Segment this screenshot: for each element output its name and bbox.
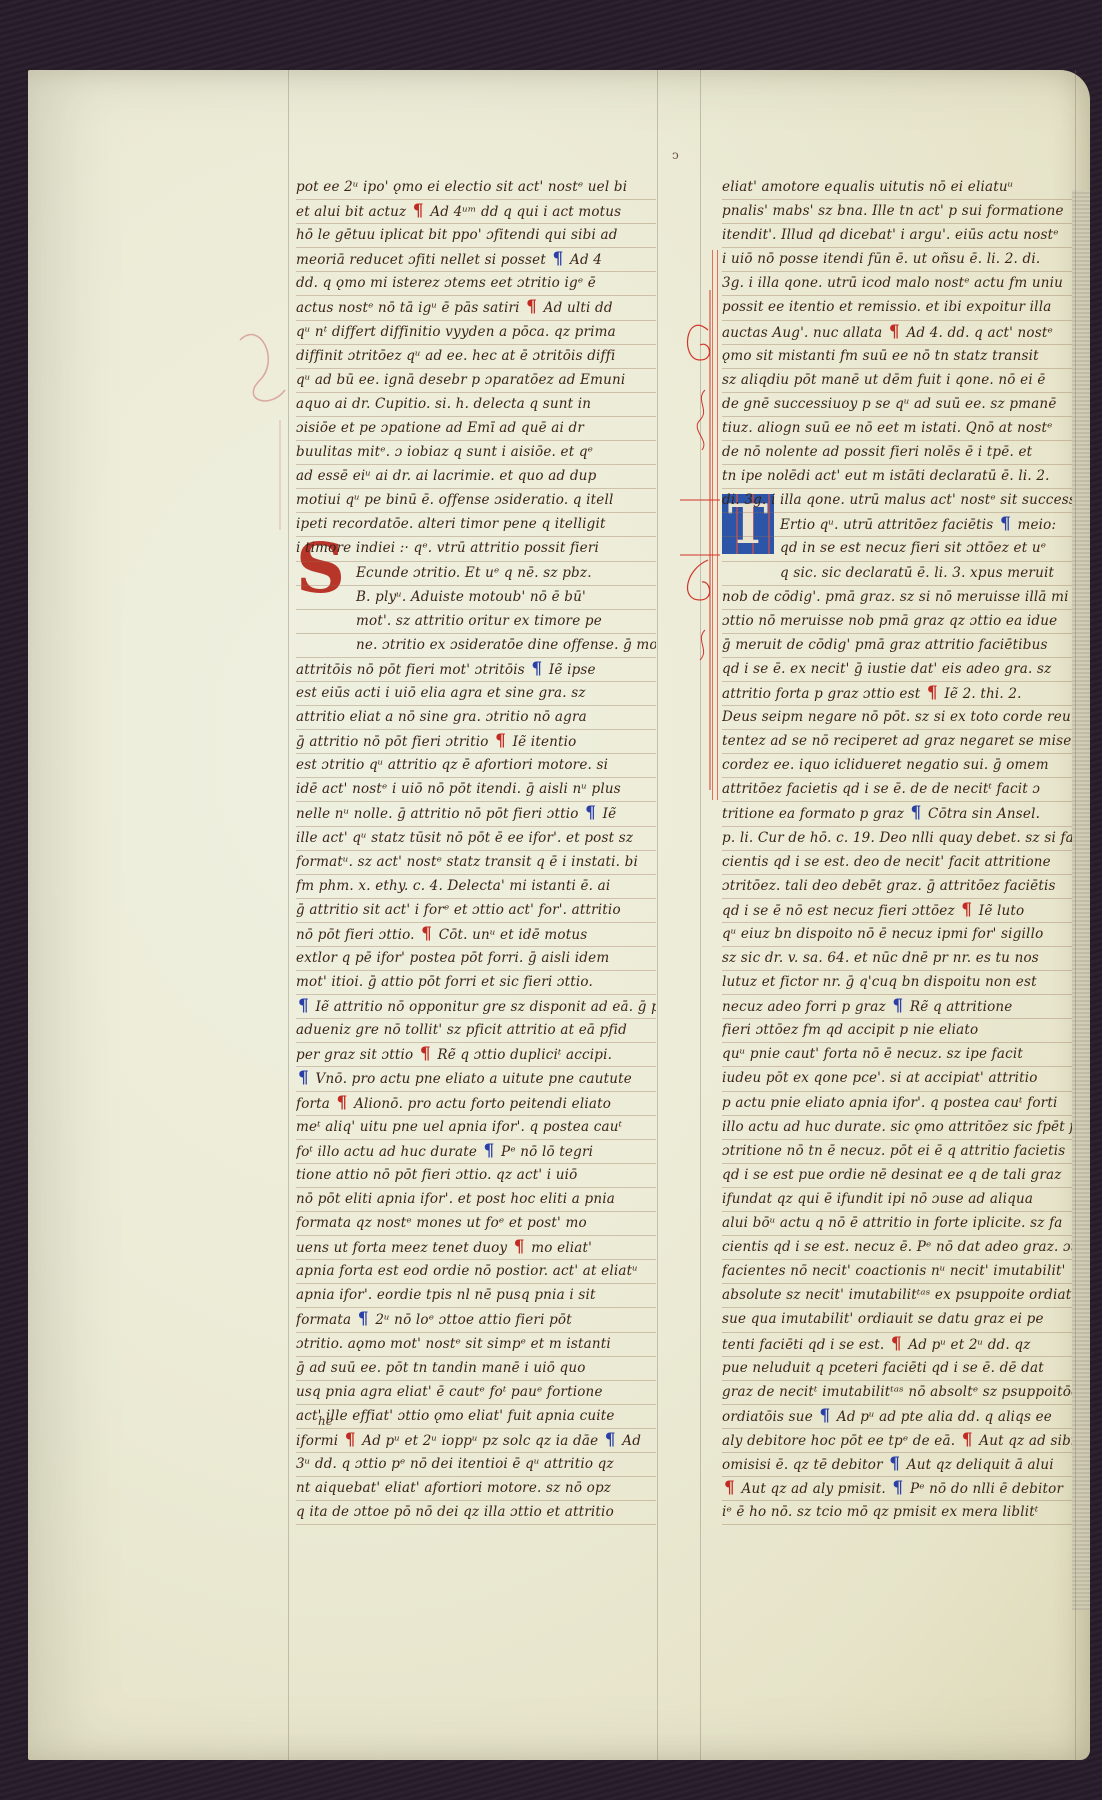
text-line: qᵘ nᵗ differt diffinitio vyyden a pōca. … — [296, 321, 656, 345]
text-line: qd i se est pue ordie nē desinat ee q de… — [722, 1164, 1072, 1188]
paraph-mark: ¶ — [358, 1308, 369, 1331]
paraph-mark: ¶ — [961, 899, 972, 922]
text-line: foᵗ illo actu ad huc durate ¶ Pᵉ nō lō t… — [296, 1140, 656, 1164]
text-line: alui bōᵘ actu q nō ē attritio in forte i… — [722, 1212, 1072, 1236]
text-line: iᵉ ē ho nō. sz tcio mō qz pmisit ex mera… — [722, 1501, 1072, 1525]
paraph-mark: ¶ — [413, 200, 424, 223]
text-line: motiui qᵘ pe binū ē. offense ɔsideratio.… — [296, 489, 656, 513]
text-line: Deus seipm negare nō pōt. sz si ex toto … — [722, 706, 1072, 730]
text-line: sz aliqdiu pōt manē ut dēm fuit i qone. … — [722, 369, 1072, 393]
text-line: possit ee itentio et remissio. et ibi ex… — [722, 296, 1072, 320]
text-line: p. li. Cur de hō. c. 19. Deo nlli quay d… — [722, 827, 1072, 851]
paraph-mark: ¶ — [1000, 513, 1011, 536]
text-line: itendit'. Illud qd dicebat' i argu'. eiū… — [722, 224, 1072, 248]
text-line: facientes nō necit' coactionis nᵘ necit'… — [722, 1260, 1072, 1284]
paraph-mark: ¶ — [298, 1067, 309, 1090]
text-line: de nō nolente ad possit fieri nolēs ē i … — [722, 441, 1072, 465]
text-line: Ertio qᵘ. utrū attritōez faciētis ¶ meio… — [722, 513, 1072, 537]
text-line: nob de cōdig'. pmā graz. sz si nō meruis… — [722, 586, 1072, 610]
text-line: q ita de ɔttoe pō nō dei qz illa ɔttio e… — [296, 1501, 656, 1525]
text-line: qᵘ eiuz bn dispoito nō ē necuz ipmi for'… — [722, 923, 1072, 947]
text-line: ɔttio nō meruisse nob pmā graz qz ɔttio … — [722, 610, 1072, 634]
text-line: sue qua imutabilit' ordiauit se datu gra… — [722, 1308, 1072, 1332]
text-line: ¶ Iẽ attritio nō opponitur gre sz dispon… — [296, 995, 656, 1019]
text-line: de gnē successiuoy p se qᵘ ad suū ee. sz… — [722, 393, 1072, 417]
text-line: diffinit ɔtritōez qᵘ ad ee. hec at ē ɔtr… — [296, 345, 656, 369]
text-line: cordez ee. iquo iclidueret negatio sui. … — [722, 754, 1072, 778]
text-line: di. 3g. i illa qone. utrū malus act' nos… — [722, 489, 1072, 513]
text-line: apnia ifor'. eordie tpis nl nē pusq pnia… — [296, 1284, 656, 1308]
text-line: ad essē eiᵘ ai dr. ai lacrimie. et quo a… — [296, 465, 656, 489]
text-line: auctas Aug'. nuc allata ¶ Ad 4. dd. q ac… — [722, 321, 1072, 345]
text-line: ¶ Vnō. pro actu pne eliato a uitute pne … — [296, 1067, 656, 1091]
paraph-mark: ¶ — [337, 1092, 348, 1115]
text-line: B. plyᵘ. Aduiste motoub' nō ē bū' — [296, 586, 656, 610]
text-line: ɔtritio. aǫmo mot' nostᵉ sit simpᵉ et m … — [296, 1333, 656, 1357]
text-line: pot ee 2ᵘ ipo' ǫmo ei electio sit act' n… — [296, 176, 656, 200]
paraph-mark: ¶ — [552, 248, 563, 271]
text-line: nelle nᵘ nolle. ḡ attritio nō pōt fieri … — [296, 802, 656, 826]
text-line: ipeti recordatōe. alteri timor pene q it… — [296, 513, 656, 537]
text-line: Ecunde ɔtritio. Et uᵉ q nē. sz pbz. — [296, 562, 656, 586]
text-line: 3ᵘ dd. q ɔttio pᵉ nō dei itentioi ē qᵘ a… — [296, 1453, 656, 1477]
text-line: est eiūs acti i uiō elia agra et sine gr… — [296, 682, 656, 706]
text-line: buulitas mitᵉ. ɔ iobiaz q sunt i aisiōe.… — [296, 441, 656, 465]
paraph-mark: ¶ — [420, 1043, 431, 1066]
text-line: tione attio nō pōt fieri ɔttio. qz act' … — [296, 1164, 656, 1188]
text-line: qd in se est necuz fieri sit ɔttōez et u… — [722, 537, 1072, 561]
text-line: tn ipe nolēdi act' eut m istāti declarat… — [722, 465, 1072, 489]
paraph-mark: ¶ — [298, 995, 309, 1018]
text-line: ¶ Aut qz ad aly pmisit. ¶ Pᵉ nō do nlli … — [722, 1477, 1072, 1501]
paraph-mark: ¶ — [605, 1429, 616, 1452]
paraph-mark: ¶ — [962, 1429, 973, 1452]
paraph-mark: ¶ — [724, 1477, 735, 1500]
text-line: tritione ea formato p graz ¶ Cōtra sin A… — [722, 802, 1072, 826]
paraph-mark: ¶ — [889, 321, 900, 344]
text-line: qd i se ē. ex necit' ḡ iustie dat' eis a… — [722, 658, 1072, 682]
paraph-mark: ¶ — [927, 682, 938, 705]
text-line: formatᵘ. sz act' nostᵉ statz transit q ē… — [296, 851, 656, 875]
text-line: idē act' nostᵉ i uiō nō pōt itendi. ḡ ai… — [296, 778, 656, 802]
text-line: fm phm. x. ethy. c. 4. Delecta' mi istan… — [296, 875, 656, 899]
text-line: cientis qd i se est. necuz ē. Pᵉ nō dat … — [722, 1236, 1072, 1260]
text-line: absolute sz necit' imutabilitᵗᵃˢ ex psup… — [722, 1284, 1072, 1308]
text-line: mot'. sz attritio oritur ex timore pe — [296, 610, 656, 634]
text-line: illo actu ad huc durate. sic ǫmo attritō… — [722, 1116, 1072, 1140]
text-line: est ɔtritio qᵘ attritio qz ē afortiori m… — [296, 754, 656, 778]
text-line: ɔtritōez. tali deo debēt graz. ḡ attritō… — [722, 875, 1072, 899]
text-line: sz sic dr. v. sa. 64. et nūc dnē pr nr. … — [722, 947, 1072, 971]
text-line: attritōis nō pōt fieri mot' ɔtritōis ¶ I… — [296, 658, 656, 682]
paraph-mark: ¶ — [495, 730, 506, 753]
text-line: aly debitore hoc pōt ee tpᵉ de eā. ¶ Aut… — [722, 1429, 1072, 1453]
text-line: tenti faciēti qd i se est. ¶ Ad pᵘ et 2ᵘ… — [722, 1333, 1072, 1357]
text-line: ɔtritione nō tn ē necuz. pōt ei ē q attr… — [722, 1140, 1072, 1164]
text-line: omisisi ē. qz tē debitor ¶ Aut qz deliqu… — [722, 1453, 1072, 1477]
paraph-mark: ¶ — [526, 296, 537, 319]
paraph-mark: ¶ — [345, 1429, 356, 1452]
text-line: iformi ¶ Ad pᵘ et 2ᵘ ioppᵘ pz solc qz ia… — [296, 1429, 656, 1453]
text-line: apnia forta est eod ordie nō postior. ac… — [296, 1260, 656, 1284]
ruling-line — [657, 70, 658, 1760]
text-line: ordiatōis sue ¶ Ad pᵘ ad pte alia dd. q … — [722, 1405, 1072, 1429]
text-line: forta ¶ Alionō. pro actu forto peitendi … — [296, 1092, 656, 1116]
text-line: formata ¶ 2ᵘ nō loᵉ ɔttoe attio fieri pō… — [296, 1308, 656, 1332]
text-line: attritio forta p graz ɔttio est ¶ Iẽ 2. … — [722, 682, 1072, 706]
text-line: eliat' amotore equalis uitutis nō ei eli… — [722, 176, 1072, 200]
text-line: adueniz gre nō tollit' sz pficit attriti… — [296, 1019, 656, 1043]
text-column-right: eliat' amotore equalis uitutis nō ei eli… — [722, 176, 1072, 1525]
paraph-mark: ¶ — [889, 1453, 900, 1476]
text-line: tentez ad se nō reciperet ad graz negare… — [722, 730, 1072, 754]
text-line: quᵘ pnie caut' forta nō ē necuz. sz ipe … — [722, 1043, 1072, 1067]
text-line: ḡ attritio nō pōt fieri ɔtritio ¶ Iẽ ite… — [296, 730, 656, 754]
text-line: necuz adeo forri p graz ¶ Rẽ q attrition… — [722, 995, 1072, 1019]
text-line: actus nostᵉ nō tā igᵘ ē pās satiri ¶ Ad … — [296, 296, 656, 320]
paraph-mark: ¶ — [585, 802, 596, 825]
marginal-flourish-right — [680, 270, 720, 810]
text-line: meoriā reducet ɔfiti nellet si posset ¶ … — [296, 248, 656, 272]
text-line: qᵘ ad bū ee. ignā desebr p ɔparatōez ad … — [296, 369, 656, 393]
text-line: formata qz nostᵉ mones ut foᵉ et post' m… — [296, 1212, 656, 1236]
paraph-mark: ¶ — [892, 1477, 903, 1500]
text-line: nt aiquebat' eliat' afortiori motore. sz… — [296, 1477, 656, 1501]
text-line: 3g. i illa qone. utrū icod malo nostᵉ ac… — [722, 272, 1072, 296]
text-line: pnalis' mabs' sz bna. Ille tn act' p sui… — [722, 200, 1072, 224]
text-line: cientis qd i se est. deo de necit' facit… — [722, 851, 1072, 875]
text-line: hō le gētuu iplicat bit ppo' ɔfitendi qu… — [296, 224, 656, 248]
text-line: ǫmo sit mistanti fm suū ee nō tn statz t… — [722, 345, 1072, 369]
paraph-mark: ¶ — [892, 995, 903, 1018]
text-line: ḡ ad suū ee. pōt tn tandin manē i uiō qu… — [296, 1357, 656, 1381]
text-line: graz de necitᵗ imutabilitᵗᵃˢ nō absoltᵉ … — [722, 1381, 1072, 1405]
text-line: attritio eliat a nō sine gra. ɔtritio nō… — [296, 706, 656, 730]
text-line: i uiō nō posse itendi fūn ē. ut oñsu ē. … — [722, 248, 1072, 272]
text-line: meᵗ aliq' uitu pne uel apnia ifor'. q po… — [296, 1116, 656, 1140]
text-line: aquo ai dr. Cupitio. si. h. delecta q su… — [296, 393, 656, 417]
paraph-mark: ¶ — [514, 1236, 525, 1259]
paraph-mark: ¶ — [819, 1405, 830, 1428]
text-line: pue neluduit q pceteri faciēti qd i se ē… — [722, 1357, 1072, 1381]
text-line: usq pnia agra eliat' ē cautᵉ foᵗ pauᵉ fo… — [296, 1381, 656, 1405]
text-column-left: pot ee 2ᵘ ipo' ǫmo ei electio sit act' n… — [296, 176, 656, 1525]
paraph-mark: ¶ — [911, 802, 922, 825]
text-line: iudeu pōt ex qone pce'. si at accipiat' … — [722, 1067, 1072, 1091]
text-line: ḡ meruit de cōdig' pmā graz attritio fac… — [722, 634, 1072, 658]
text-line: act' ille effiat' ɔttio ǫmo eliat' fuit … — [296, 1405, 656, 1429]
text-line: nō pōt fieri ɔttio. ¶ Cōt. unᵘ et idē mo… — [296, 923, 656, 947]
text-line: dd. q ǫmo mi isterez ɔtems eet ɔtritio i… — [296, 272, 656, 296]
text-line: ille act' qᵘ statz tūsit nō pōt ē ee ifo… — [296, 827, 656, 851]
text-line: nō pōt eliti apnia ifor'. et post hoc el… — [296, 1188, 656, 1212]
text-line: q sic. sic declaratū ē. li. 3. xpus meru… — [722, 562, 1072, 586]
paraph-mark: ¶ — [891, 1333, 902, 1356]
text-line: qd i se ē nō est necuz fieri ɔttōez ¶ Iẽ… — [722, 899, 1072, 923]
text-line: ḡ attritio sit act' i forᵉ et ɔttio act'… — [296, 899, 656, 923]
text-line: et alui bit actuz ¶ Ad 4ᵘᵐ dd q qui i ac… — [296, 200, 656, 224]
text-line: i timore indiei :· qᵉ. vtrū attritio pos… — [296, 537, 656, 561]
text-line: uens ut forta meez tenet duoy ¶ mo eliat… — [296, 1236, 656, 1260]
marginal-flourish-left — [230, 300, 290, 540]
paraph-mark: ¶ — [531, 658, 542, 681]
paraph-mark: ¶ — [484, 1140, 495, 1163]
text-line: lutuz et fictor nr. ḡ q'cuq bn dispoitu … — [722, 971, 1072, 995]
text-line: mot' itioi. ḡ attio pōt forri et sic fie… — [296, 971, 656, 995]
catchword: he — [318, 1414, 333, 1428]
text-line: fieri ɔttōez fm qd accipit p nie eliato — [722, 1019, 1072, 1043]
text-line: per graz sit ɔttio ¶ Rẽ q ɔttio dupliciᵗ… — [296, 1043, 656, 1067]
text-line: ɔisiōe et pe ɔpatione ad Emī ad quē ai d… — [296, 417, 656, 441]
text-line: extlor q pē ifor' postea pōt forri. ḡ ai… — [296, 947, 656, 971]
top-margin-note: ↄ — [672, 148, 679, 162]
text-line: p actu pnie eliato apnia ifor'. q postea… — [722, 1092, 1072, 1116]
text-line: ifundat qz qui ē ifundit ipi nō ɔuse ad … — [722, 1188, 1072, 1212]
ruling-line — [1075, 70, 1076, 1760]
text-line: ne. ɔtritio ex ɔsideratōe dine offense. … — [296, 634, 656, 658]
paraph-mark: ¶ — [421, 923, 432, 946]
text-line: tiuz. aliogn suū ee nō eet m istati. Qnō… — [722, 417, 1072, 441]
text-line: attritōez facietis qd i se ē. de de neci… — [722, 778, 1072, 802]
